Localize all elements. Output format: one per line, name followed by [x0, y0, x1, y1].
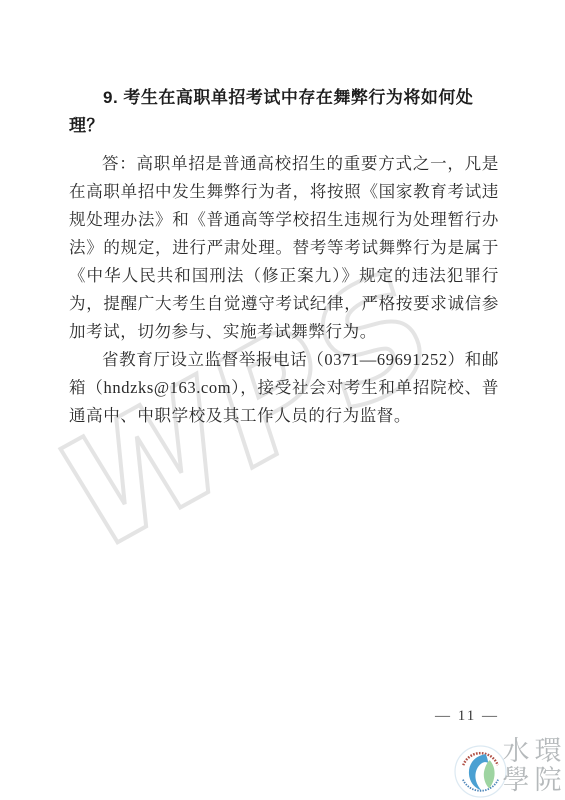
school-name-characters: 水 環 學 院: [501, 737, 563, 795]
school-logo: 水 環 學 院: [454, 737, 565, 800]
school-name-char: 院: [533, 766, 563, 795]
question-heading: 9. 考生在高职单招考试中存在舞弊行为将如何处理？: [69, 84, 499, 140]
supervision-contact-paragraph: 省教育厅设立监督举报电话（0371—69691252）和邮箱（hndzks@16…: [69, 346, 499, 430]
page-number: — 11 —: [435, 708, 499, 725]
document-body: 9. 考生在高职单招考试中存在舞弊行为将如何处理？ 答：高职单招是普通高校招生的…: [69, 84, 499, 430]
document-page: WPS 9. 考生在高职单招考试中存在舞弊行为将如何处理？ 答：高职单招是普通高…: [0, 0, 565, 800]
answer-paragraph: 答：高职单招是普通高校招生的重要方式之一，凡是在高职单招中发生舞弊行为者，将按照…: [69, 150, 499, 346]
school-name-char: 水: [501, 737, 531, 766]
school-name-char: 學: [501, 766, 531, 795]
school-name-char: 環: [533, 737, 563, 766]
school-emblem-icon: [454, 745, 507, 798]
